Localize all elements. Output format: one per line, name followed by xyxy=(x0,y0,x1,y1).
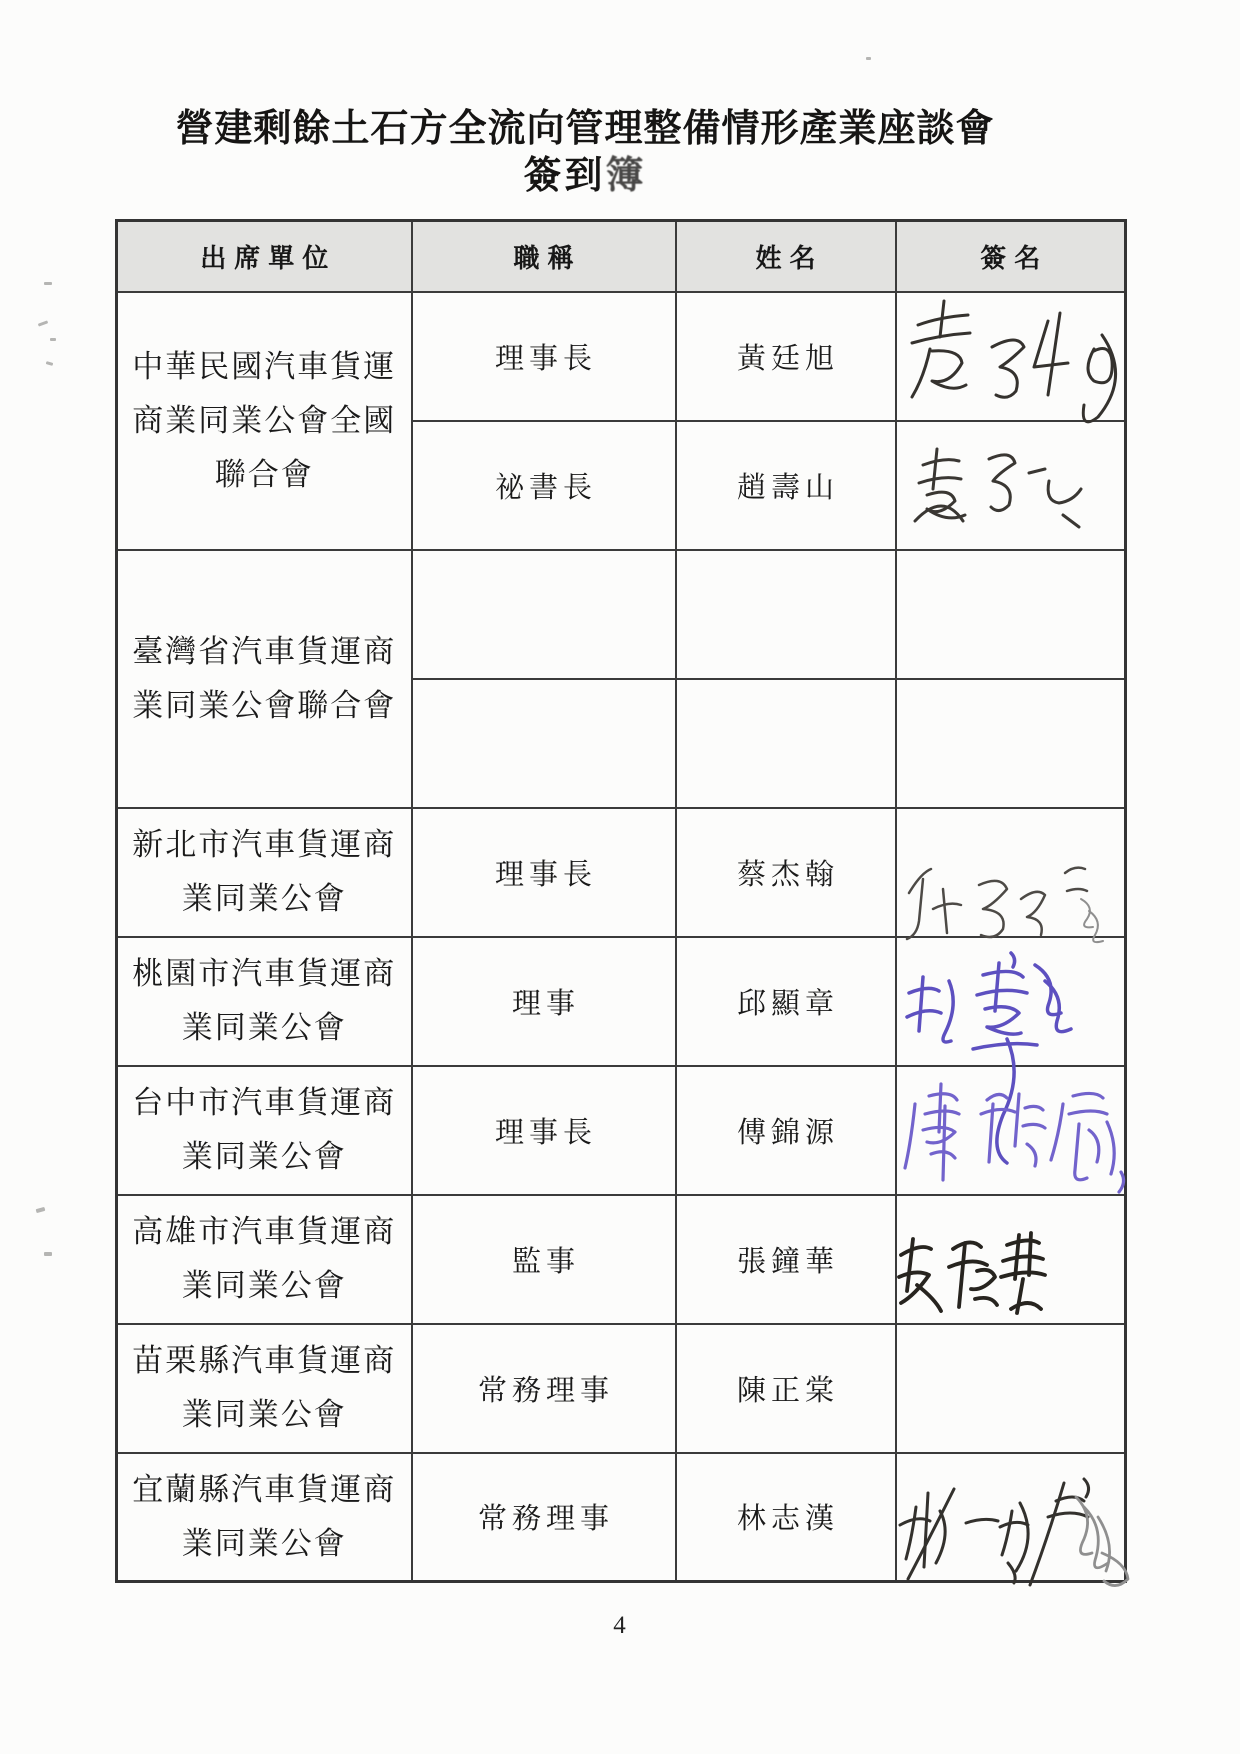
job-title-cell: 理事長 xyxy=(412,808,676,937)
signature-cell xyxy=(896,292,1126,421)
col-header-unit: 出席單位 xyxy=(117,221,412,292)
signature-cell xyxy=(896,421,1126,550)
unit-cell: 新北市汽車貨運商業同業公會 xyxy=(117,808,412,937)
scan-speck xyxy=(44,282,52,285)
signature-cell-empty xyxy=(896,1324,1126,1453)
unit-cell: 中華民國汽車貨運商業同業公會全國聯合會 xyxy=(117,292,412,550)
job-title-cell: 常務理事 xyxy=(412,1453,676,1582)
table-row: 台中市汽車貨運商業同業公會 理事長 傅錦源 xyxy=(117,1066,1126,1195)
job-title-cell xyxy=(412,550,676,679)
table-row: 苗栗縣汽車貨運商業同業公會 常務理事 陳正棠 xyxy=(117,1324,1126,1453)
unit-cell: 宜蘭縣汽車貨運商業同業公會 xyxy=(117,1453,412,1582)
scan-speck xyxy=(36,1207,46,1213)
signature-cell xyxy=(896,1195,1126,1324)
subtitle-text: 簽到 xyxy=(523,155,605,197)
name-cell: 趙壽山 xyxy=(676,421,896,550)
scan-speck xyxy=(38,320,48,326)
name-cell: 張鐘華 xyxy=(676,1195,896,1324)
unit-cell: 高雄市汽車貨運商業同業公會 xyxy=(117,1195,412,1324)
table-row: 中華民國汽車貨運商業同業公會全國聯合會 理事長 黃廷旭 xyxy=(117,292,1126,421)
name-cell: 林志漢 xyxy=(676,1453,896,1582)
table-row: 高雄市汽車貨運商業同業公會 監事 張鐘華 xyxy=(117,1195,1126,1324)
signature-cell-empty xyxy=(896,550,1126,679)
page-subtitle: 簽到簿 xyxy=(0,154,1170,198)
document-header: 營建剩餘土石方全流向管理整備情形產業座談會 簽到簿 xyxy=(0,104,1170,198)
table-row: 宜蘭縣汽車貨運商業同業公會 常務理事 林志漢 xyxy=(117,1453,1126,1582)
scan-speck xyxy=(50,338,56,341)
col-header-name: 姓名 xyxy=(676,221,896,292)
job-title-cell xyxy=(412,679,676,808)
signature-cell xyxy=(896,1066,1126,1195)
job-title-cell: 理事長 xyxy=(412,1066,676,1195)
name-cell: 蔡杰翰 xyxy=(676,808,896,937)
col-header-job-title: 職稱 xyxy=(412,221,676,292)
unit-cell: 苗栗縣汽車貨運商業同業公會 xyxy=(117,1324,412,1453)
scan-speck xyxy=(866,57,871,60)
job-title-cell: 監事 xyxy=(412,1195,676,1324)
scan-speck xyxy=(44,1252,52,1256)
subtitle-faded-character: 簿 xyxy=(606,155,647,197)
signin-table: 出席單位 職稱 姓名 簽名 中華民國汽車貨運商業同業公會全國聯合會 理事長 黃廷… xyxy=(115,219,1127,1583)
name-cell: 陳正棠 xyxy=(676,1324,896,1453)
name-cell: 邱顯章 xyxy=(676,937,896,1066)
scan-speck xyxy=(46,361,54,366)
signature-cell-empty xyxy=(896,679,1126,808)
job-title-cell: 理事 xyxy=(412,937,676,1066)
unit-cell: 台中市汽車貨運商業同業公會 xyxy=(117,1066,412,1195)
table-row: 臺灣省汽車貨運商業同業公會聯合會 xyxy=(117,550,1126,679)
name-cell xyxy=(676,550,896,679)
unit-cell: 桃園市汽車貨運商業同業公會 xyxy=(117,937,412,1066)
job-title-cell: 祕書長 xyxy=(412,421,676,550)
table-row: 桃園市汽車貨運商業同業公會 理事 邱顯章 xyxy=(117,937,1126,1066)
page-number: 4 xyxy=(115,1612,1124,1640)
scanned-signin-sheet: 營建剩餘土石方全流向管理整備情形產業座談會 簽到簿 出席單位 職稱 姓名 簽名 … xyxy=(0,0,1240,1754)
job-title-cell: 常務理事 xyxy=(412,1324,676,1453)
name-cell: 傅錦源 xyxy=(676,1066,896,1195)
signature-cell xyxy=(896,937,1126,1066)
table-row: 新北市汽車貨運商業同業公會 理事長 蔡杰翰 xyxy=(117,808,1126,937)
name-cell: 黃廷旭 xyxy=(676,292,896,421)
signature-cell xyxy=(896,808,1126,937)
unit-cell: 臺灣省汽車貨運商業同業公會聯合會 xyxy=(117,550,412,808)
job-title-cell: 理事長 xyxy=(412,292,676,421)
signature-cell xyxy=(896,1453,1126,1582)
name-cell xyxy=(676,679,896,808)
col-header-signature: 簽名 xyxy=(896,221,1126,292)
page-title: 營建剩餘土石方全流向管理整備情形產業座談會 xyxy=(0,104,1170,154)
table-header-row: 出席單位 職稱 姓名 簽名 xyxy=(117,221,1126,292)
